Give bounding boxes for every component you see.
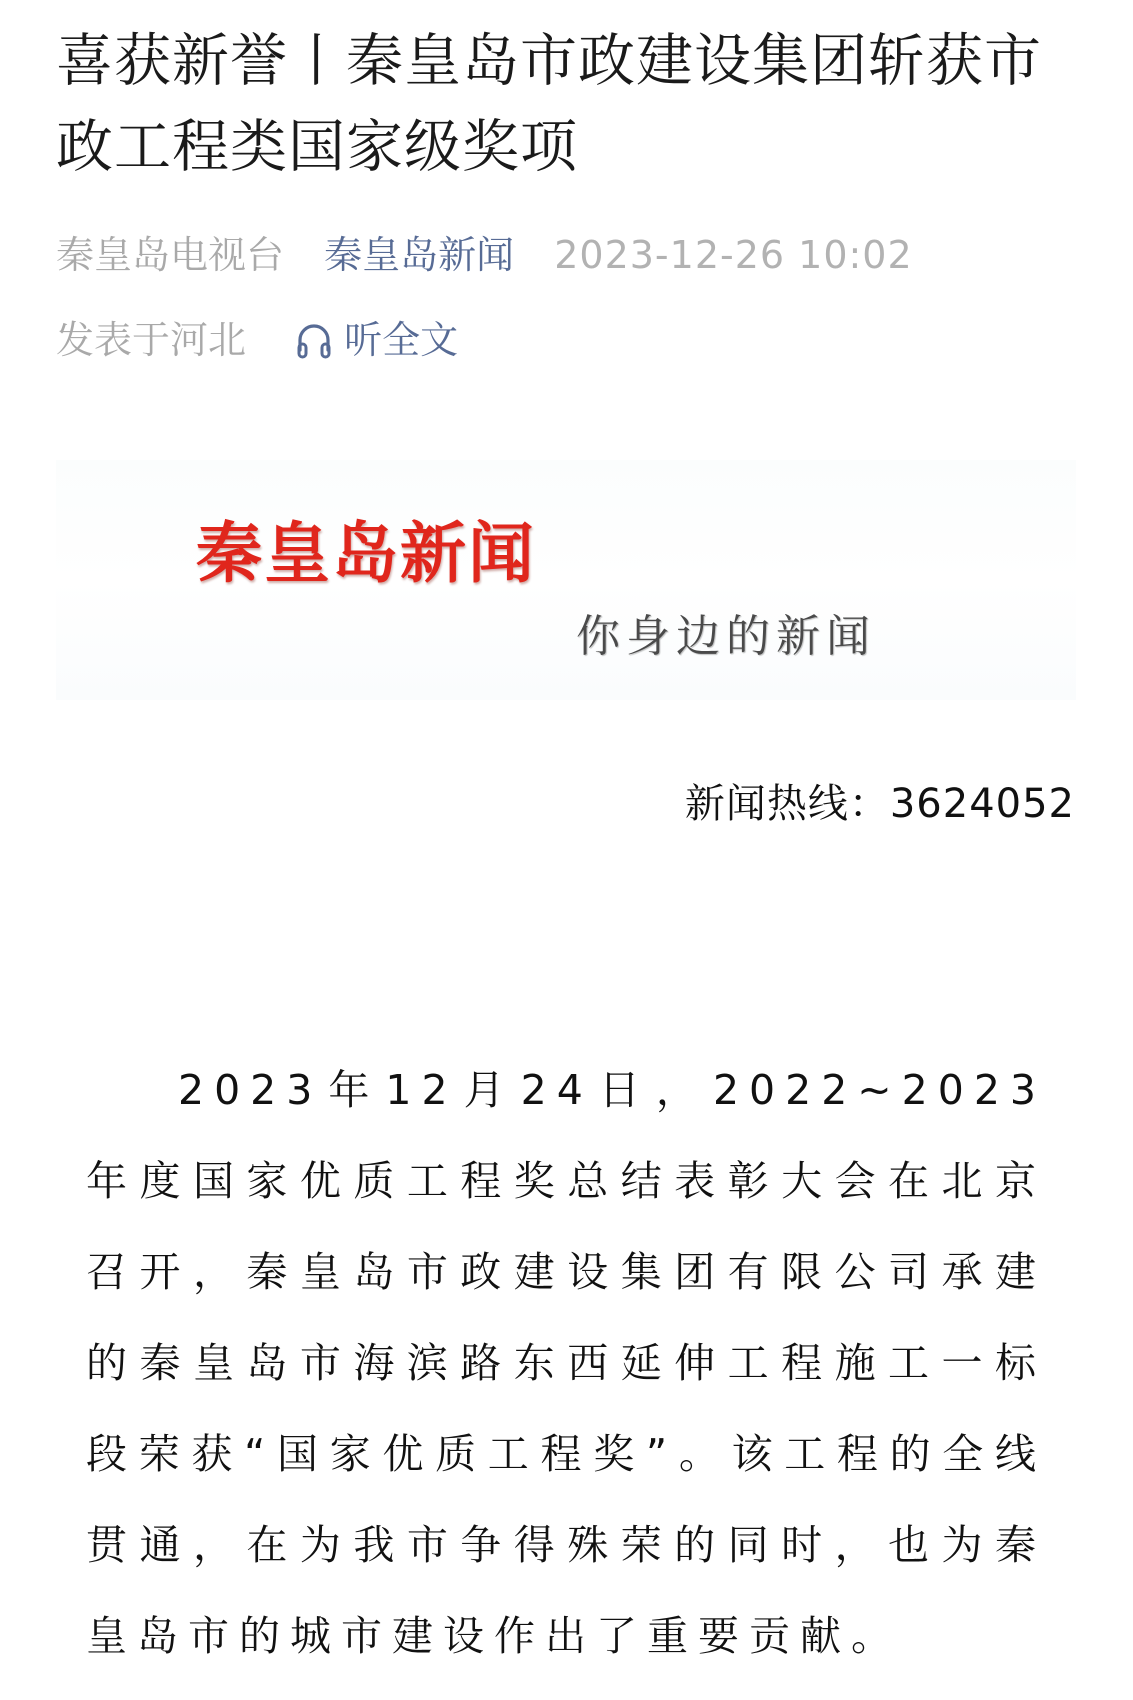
meta-source: 秦皇岛电视台 xyxy=(56,233,284,277)
article-paragraph: 2023年12月24日，2022~2023年度国家优质工程奖总结表彰大会在北京召… xyxy=(86,1045,1046,1682)
news-hotline: 新闻热线：3624052 xyxy=(685,772,1075,829)
publish-location: 发表于河北 xyxy=(56,318,246,362)
news-banner-image: 秦皇岛新闻 你身边的新闻 xyxy=(56,460,1076,700)
listen-button[interactable]: 听全文 xyxy=(296,315,458,365)
article-meta: 秦皇岛电视台 秦皇岛新闻 2023-12-26 10:02 xyxy=(56,230,913,280)
banner-brand: 秦皇岛新闻 xyxy=(196,500,536,595)
publish-time: 2023-12-26 10:02 xyxy=(554,233,912,277)
account-link[interactable]: 秦皇岛新闻 xyxy=(324,233,514,277)
article-meta-secondary: 发表于河北 听全文 xyxy=(56,315,458,365)
banner-slogan: 你身边的新闻 xyxy=(576,600,876,664)
listen-label: 听全文 xyxy=(344,315,458,365)
headphones-icon xyxy=(296,320,332,360)
article-title: 喜获新誉丨秦皇岛市政建设集团斩获市政工程类国家级奖项 xyxy=(56,18,1076,190)
